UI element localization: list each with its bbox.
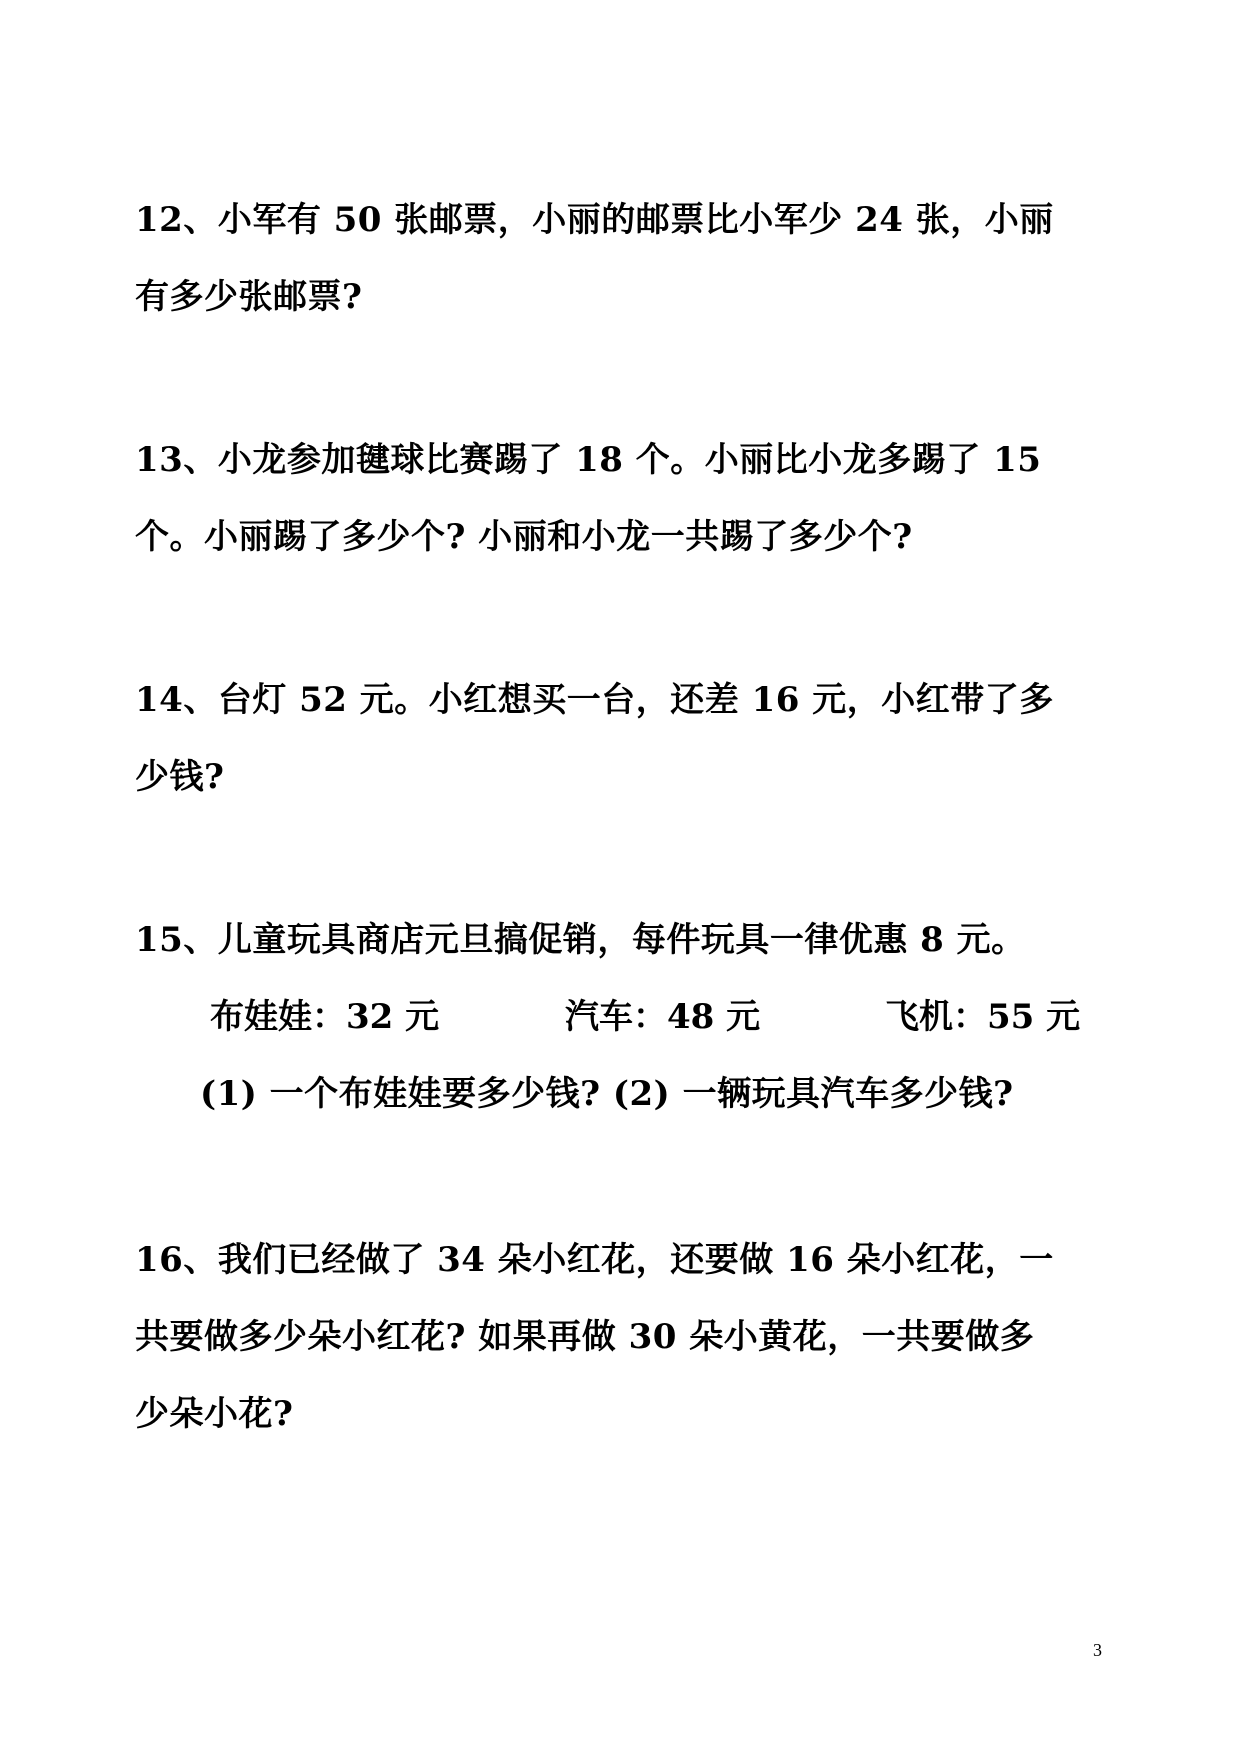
- question-16-line-2: 共要做多少朵小红花? 如果再做 30 朵小黄花，一共要做多: [135, 1315, 1034, 1359]
- question-15-sub-questions: (1) 一个布娃娃要多少钱? (2) 一辆玩具汽车多少钱?: [200, 1072, 1014, 1116]
- page-number: 3: [1093, 1640, 1102, 1661]
- question-12-line-2: 有多少张邮票?: [135, 275, 362, 319]
- question-16-line-3: 少朵小花?: [135, 1392, 293, 1436]
- price-doll: 布娃娃：32 元: [210, 995, 439, 1039]
- price-car: 汽车：48 元: [565, 995, 760, 1039]
- question-13-line-2: 个。小丽踢了多少个? 小丽和小龙一共踢了多少个?: [135, 515, 913, 559]
- price-plane: 飞机：55 元: [885, 995, 1080, 1039]
- question-15-line-1: 15、儿童玩具商店元旦搞促销，每件玩具一律优惠 8 元。: [135, 918, 1026, 962]
- question-16-line-1: 16、我们已经做了 34 朵小红花，还要做 16 朵小红花，一: [135, 1238, 1054, 1282]
- question-14-line-2: 少钱?: [135, 755, 224, 799]
- question-14-line-1: 14、台灯 52 元。小红想买一台，还差 16 元，小红带了多: [135, 678, 1054, 722]
- question-13-line-1: 13、小龙参加毽球比赛踢了 18 个。小丽比小龙多踢了 15: [135, 438, 1041, 482]
- question-12-line-1: 12、小军有 50 张邮票，小丽的邮票比小军少 24 张，小丽: [135, 198, 1054, 242]
